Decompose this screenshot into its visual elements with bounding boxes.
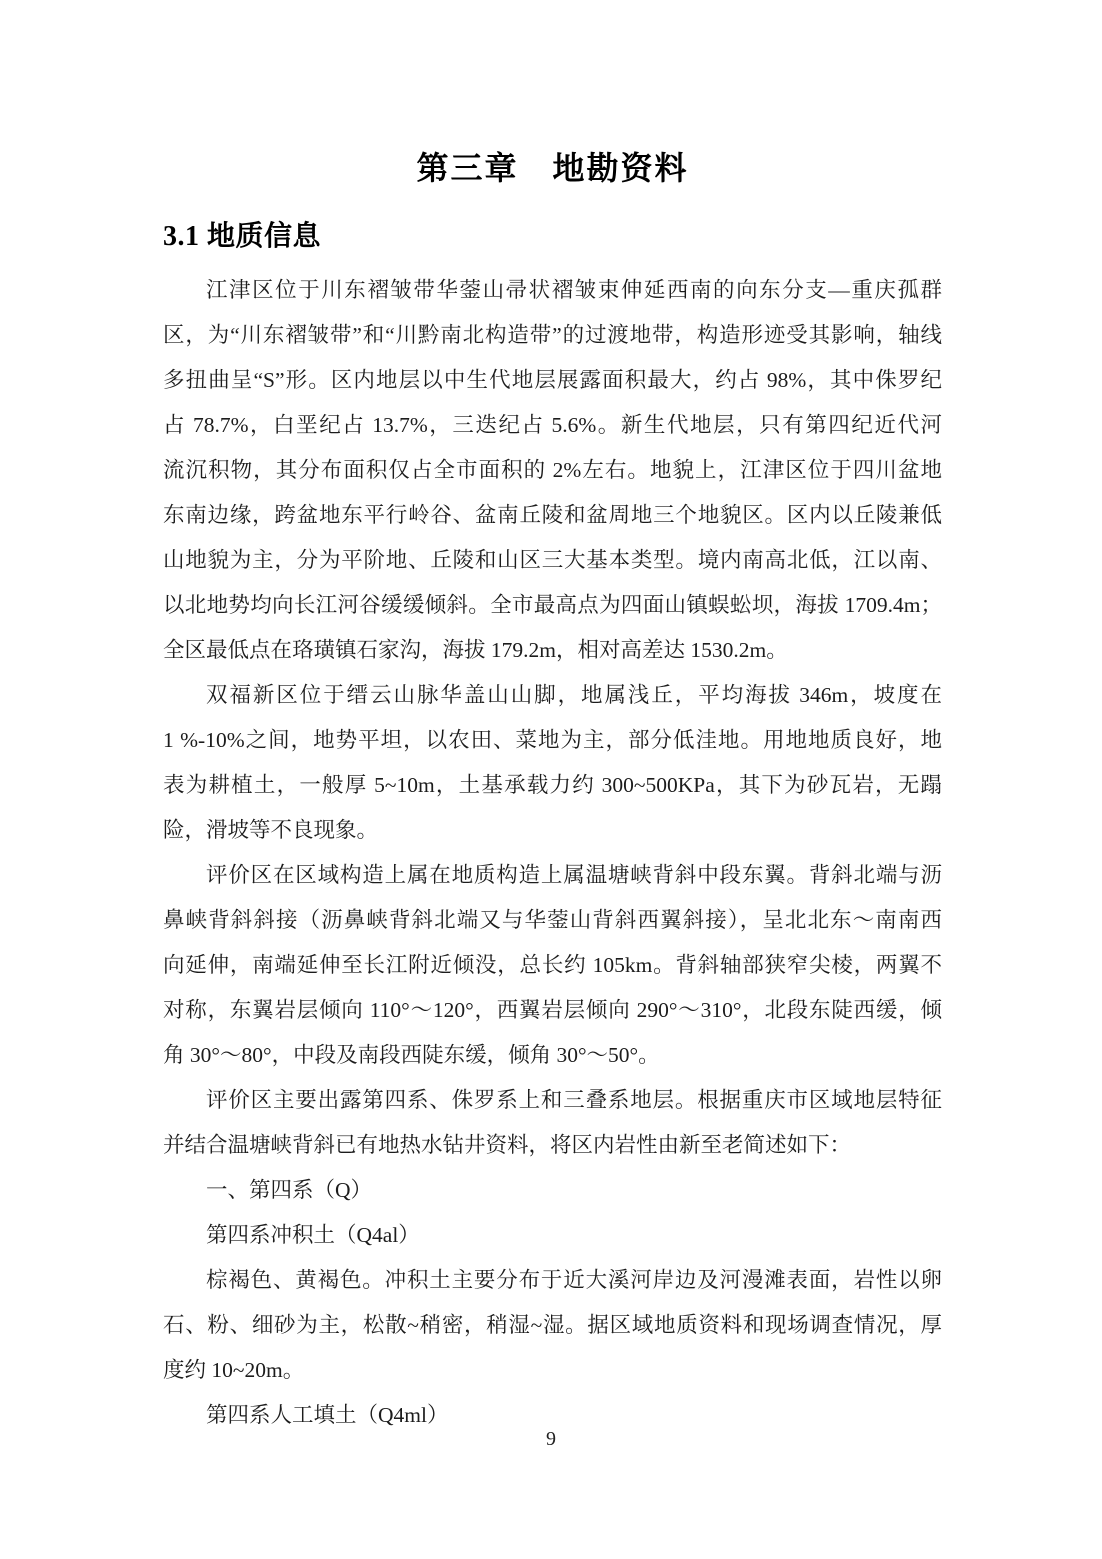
- paragraph: 双福新区位于缙云山脉华盖山山脚，地属浅丘，平均海拔 346m，坡度在 1 %-1…: [163, 673, 942, 853]
- text-line: 石、粉、细砂为主，松散~稍密，稍湿~湿。据区域地质资料和现场调查情况，厚: [163, 1303, 942, 1348]
- text-line: 度约 10~20m。: [163, 1348, 942, 1393]
- text-line: 1 %-10%之间，地势平坦，以农田、菜地为主，部分低洼地。用地地质良好，地: [163, 718, 942, 763]
- text-line: 棕褐色、黄褐色。冲积土主要分布于近大溪河岸边及河漫滩表面，岩性以卵: [163, 1258, 942, 1303]
- text-line: 表为耕植土，一般厚 5~10m，土基承载力约 300~500KPa，其下为砂瓦岩…: [163, 763, 942, 808]
- document-page: 第三章 地勘资料 3.1 地质信息 江津区位于川东褶皱带华蓥山帚状褶皱束伸延西南…: [0, 0, 1102, 1559]
- paragraph: 评价区主要出露第四系、侏罗系上和三叠系地层。根据重庆市区域地层特征 并结合温塘峡…: [163, 1078, 942, 1168]
- text-line: 东南边缘，跨盆地东平行岭谷、盆南丘陵和盆周地三个地貌区。区内以丘陵兼低: [163, 493, 942, 538]
- body-text: 江津区位于川东褶皱带华蓥山帚状褶皱束伸延西南的向东分支—重庆孤群 区，为“川东褶…: [163, 268, 942, 1438]
- text-line: 江津区位于川东褶皱带华蓥山帚状褶皱束伸延西南的向东分支—重庆孤群: [163, 268, 942, 313]
- text-line: 一、第四系（Q）: [163, 1168, 942, 1213]
- text-line: 并结合温塘峡背斜已有地热水钻井资料，将区内岩性由新至老简述如下：: [163, 1123, 942, 1168]
- page-content: 第三章 地勘资料 3.1 地质信息 江津区位于川东褶皱带华蓥山帚状褶皱束伸延西南…: [163, 0, 942, 1438]
- section-heading: 3.1 地质信息: [163, 218, 942, 256]
- chapter-title: 第三章 地勘资料: [163, 147, 942, 189]
- text-line: 山地貌为主，分为平阶地、丘陵和山区三大基本类型。境内南高北低，江以南、: [163, 538, 942, 583]
- paragraph: 一、第四系（Q）: [163, 1168, 942, 1213]
- text-line: 评价区主要出露第四系、侏罗系上和三叠系地层。根据重庆市区域地层特征: [163, 1078, 942, 1123]
- text-line: 第四系冲积土（Q4al）: [163, 1213, 942, 1258]
- text-line: 险，滑坡等不良现象。: [163, 808, 942, 853]
- text-line: 鼻峡背斜斜接（沥鼻峡背斜北端又与华蓥山背斜西翼斜接），呈北北东～南南西: [163, 898, 942, 943]
- text-line: 向延伸，南端延伸至长江附近倾没，总长约 105km。背斜轴部狭窄尖棱，两翼不: [163, 943, 942, 988]
- text-line: 角 30°～80°，中段及南段西陡东缓，倾角 30°～50°。: [163, 1033, 942, 1078]
- paragraph: 第四系冲积土（Q4al）: [163, 1213, 942, 1258]
- paragraph: 江津区位于川东褶皱带华蓥山帚状褶皱束伸延西南的向东分支—重庆孤群 区，为“川东褶…: [163, 268, 942, 673]
- text-line: 流沉积物，其分布面积仅占全市面积的 2%左右。地貌上，江津区位于四川盆地: [163, 448, 942, 493]
- text-line: 评价区在区域构造上属在地质构造上属温塘峡背斜中段东翼。背斜北端与沥: [163, 853, 942, 898]
- text-line: 对称，东翼岩层倾向 110°～120°，西翼岩层倾向 290°～310°，北段东…: [163, 988, 942, 1033]
- paragraph: 评价区在区域构造上属在地质构造上属温塘峡背斜中段东翼。背斜北端与沥 鼻峡背斜斜接…: [163, 853, 942, 1078]
- paragraph: 棕褐色、黄褐色。冲积土主要分布于近大溪河岸边及河漫滩表面，岩性以卵 石、粉、细砂…: [163, 1258, 942, 1393]
- text-line: 区，为“川东褶皱带”和“川黔南北构造带”的过渡地带，构造形迹受其影响，轴线: [163, 313, 942, 358]
- page-number: 9: [0, 1428, 1102, 1451]
- text-line: 多扭曲呈“S”形。区内地层以中生代地层展露面积最大，约占 98%，其中侏罗纪: [163, 358, 942, 403]
- text-line: 双福新区位于缙云山脉华盖山山脚，地属浅丘，平均海拔 346m，坡度在: [163, 673, 942, 718]
- text-line: 全区最低点在珞璜镇石家沟，海拔 179.2m，相对高差达 1530.2m。: [163, 628, 942, 673]
- text-line: 以北地势均向长江河谷缓缓倾斜。全市最高点为四面山镇蜈蚣坝，海拔 1709.4m；: [163, 583, 942, 628]
- text-line: 占 78.7%，白垩纪占 13.7%，三迭纪占 5.6%。新生代地层，只有第四纪…: [163, 403, 942, 448]
